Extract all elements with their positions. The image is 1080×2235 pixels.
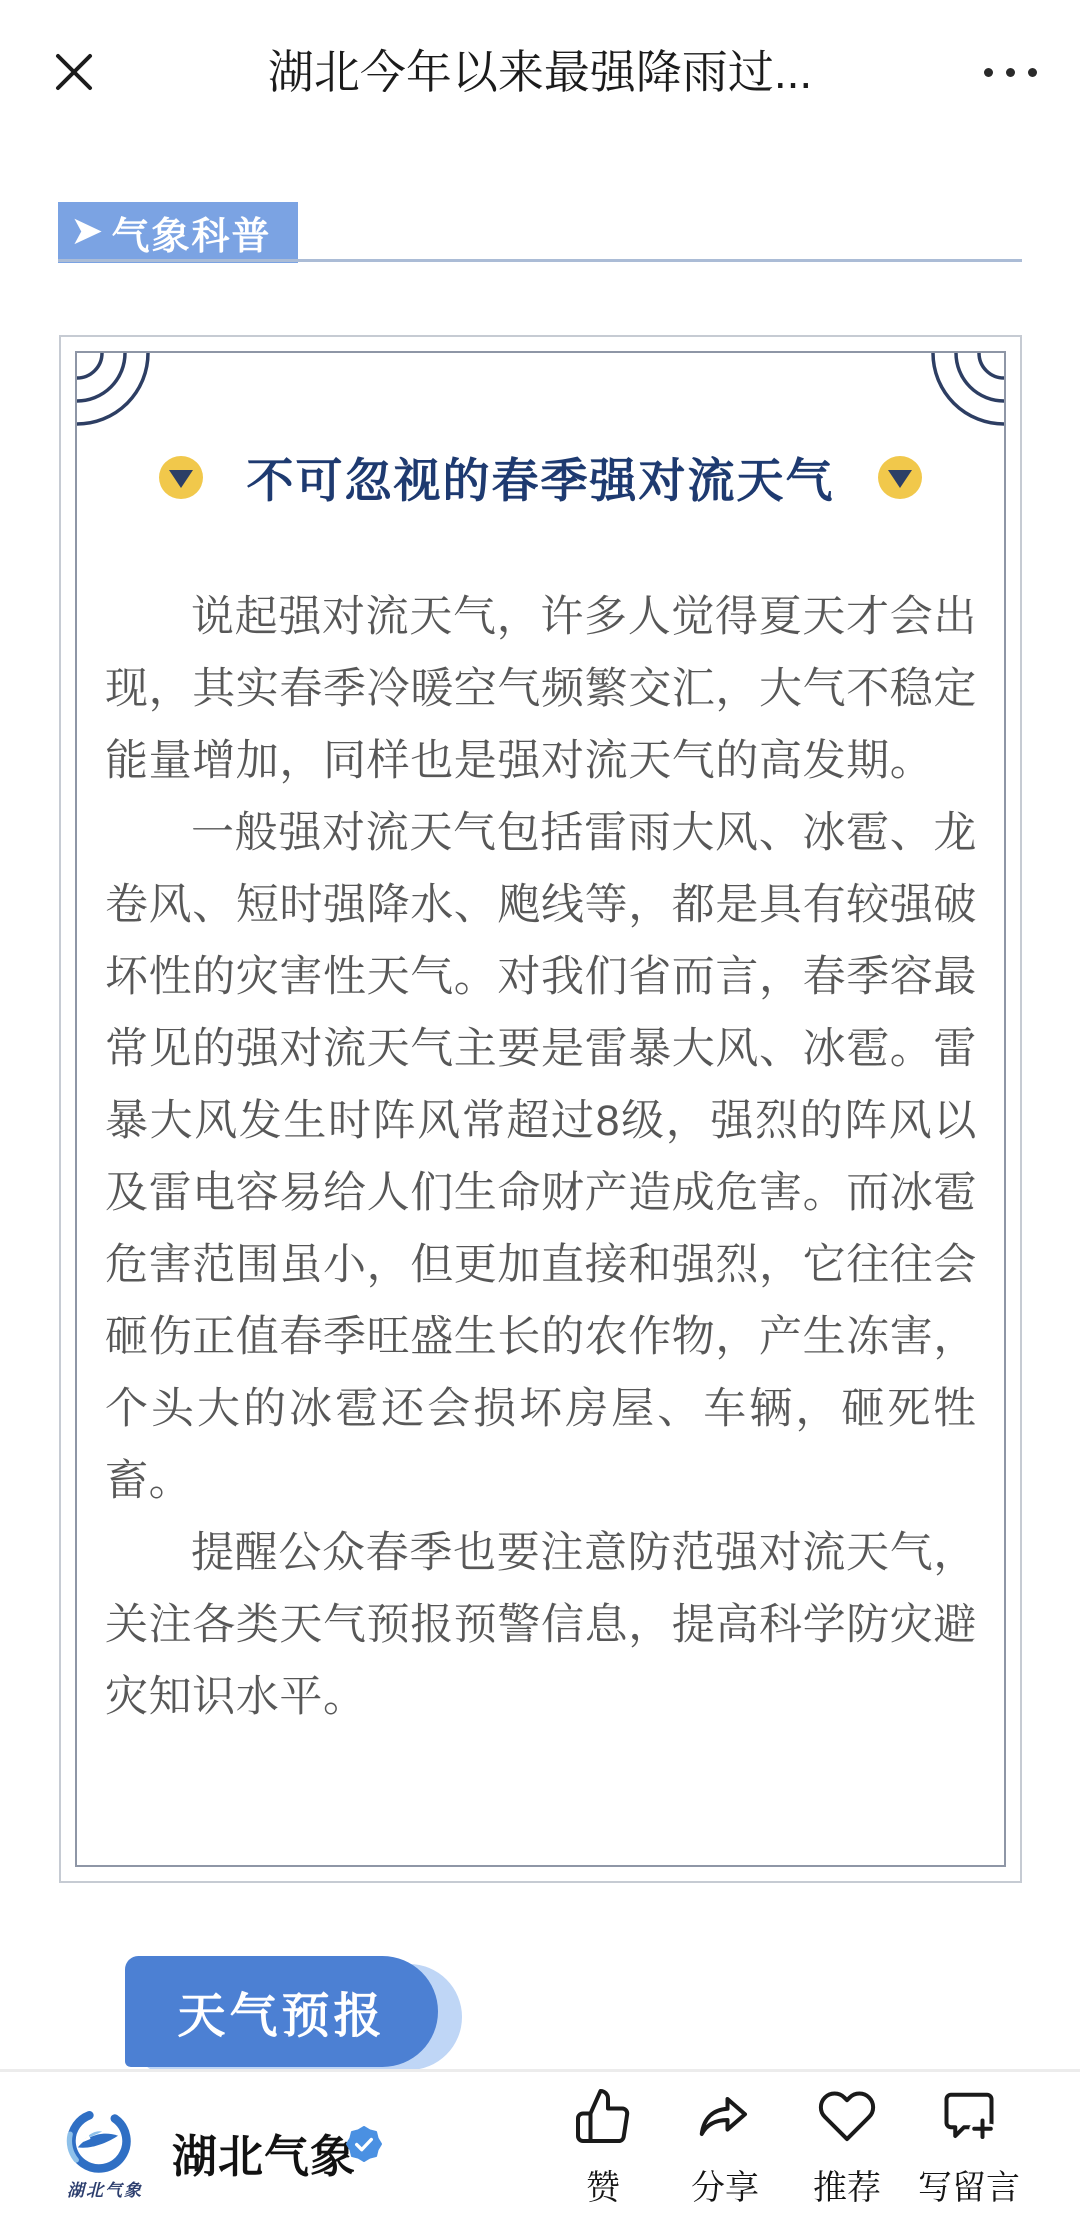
weather-forecast-button-label: 天气预报 <box>177 1977 385 2046</box>
logo-caption: 湖北气象 <box>40 2176 170 2201</box>
section-tag: ➤ 气象科普 <box>58 202 298 263</box>
hubei-weather-logo-icon <box>62 2104 136 2178</box>
triangle-bullet-right-icon <box>878 456 922 499</box>
section-divider-line <box>58 259 1022 262</box>
like-label: 赞 <box>586 2160 620 2209</box>
more-options-icon[interactable] <box>984 68 1037 77</box>
button-face[interactable]: 天气预报 <box>125 1956 438 2067</box>
account-name: 湖北气象 <box>172 2120 356 2185</box>
footer-actions: 赞 分享 推荐 写留言 <box>542 2086 1030 2209</box>
page-title: 湖北今年以来最强降雨过... <box>140 40 940 104</box>
paragraph-1: 说起强对流天气，许多人觉得夏天才会出现，其实春季冷暖空气频繁交汇，大气不稳定能量… <box>105 581 977 797</box>
article-card: 不可忽视的春季强对流天气 说起强对流天气，许多人觉得夏天才会出现，其实春季冷暖空… <box>59 335 1022 1883</box>
card-inner-border: 不可忽视的春季强对流天气 说起强对流天气，许多人觉得夏天才会出现，其实春季冷暖空… <box>75 351 1006 1867</box>
write-comment-button[interactable]: 写留言 <box>908 2086 1030 2209</box>
corner-arcs-right-icon <box>924 353 1004 433</box>
article-body: 说起强对流天气，许多人觉得夏天才会出现，其实春季冷暖空气频繁交汇，大气不稳定能量… <box>105 581 977 1733</box>
verified-badge-icon <box>346 2126 382 2162</box>
recommend-label: 推荐 <box>813 2160 881 2209</box>
account-info[interactable]: 湖北气象 湖北气象 <box>0 2072 440 2235</box>
recommend-button[interactable]: 推荐 <box>786 2086 908 2209</box>
triangle-bullet-left-icon <box>159 456 203 499</box>
paragraph-2: 一般强对流天气包括雷雨大风、冰雹、龙卷风、短时强降水、飑线等，都是具有较强破坏性… <box>105 797 977 1517</box>
comment-plus-icon <box>939 2086 999 2146</box>
weather-forecast-button[interactable]: 天气预报 <box>125 1956 470 2070</box>
write-comment-label: 写留言 <box>918 2160 1020 2209</box>
share-label: 分享 <box>691 2160 759 2209</box>
like-button[interactable]: 赞 <box>542 2086 664 2209</box>
paragraph-3: 提醒公众春季也要注意防范强对流天气，关注各类天气预报预警信息，提高科学防灾避灾知… <box>105 1517 977 1733</box>
arrow-right-icon: ➤ <box>70 211 104 251</box>
card-title: 不可忽视的春季强对流天气 <box>247 444 835 511</box>
heart-icon <box>817 2086 877 2146</box>
card-title-row: 不可忽视的春季强对流天气 <box>77 451 1004 503</box>
close-icon[interactable] <box>50 48 98 96</box>
share-arrow-icon <box>695 2086 755 2146</box>
thumbs-up-icon <box>573 2086 633 2146</box>
article-page: 湖北今年以来最强降雨过... ➤ 气象科普 不可忽视的春季强对流天气 <box>0 0 1080 2235</box>
share-button[interactable]: 分享 <box>664 2086 786 2209</box>
section-tag-label: 气象科普 <box>112 205 272 260</box>
corner-arcs-left-icon <box>77 353 157 433</box>
